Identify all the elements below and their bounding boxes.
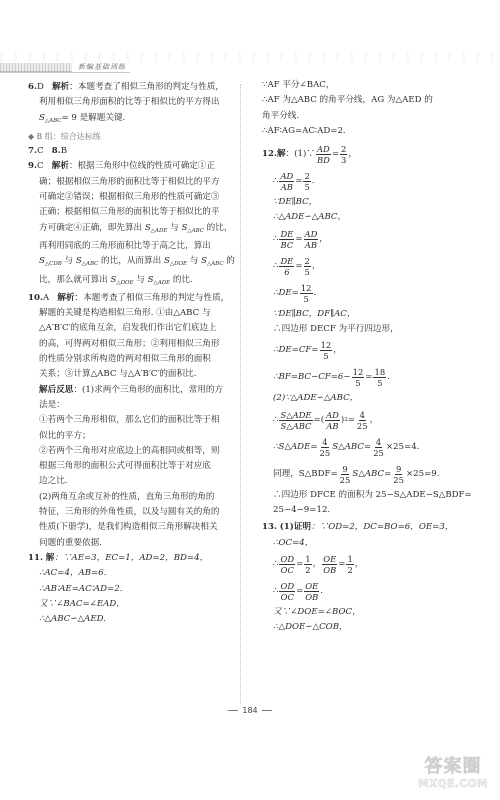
answer-q6: 6.D 解析：本题考查了相似三角形的判定与性质， 利用相似三角形面积的比等于相似… bbox=[28, 80, 238, 129]
q12-step-4: ∴△ADE∽△ABC， bbox=[262, 210, 472, 225]
fraction: 425 bbox=[372, 437, 385, 458]
q12-step-11: ∴BF=BC−CF=6− 125 = 185 . bbox=[262, 364, 472, 391]
q12-part2-intro: (2)∵△ADE∽△ABC， bbox=[262, 391, 472, 406]
fraction: 12 bbox=[346, 554, 353, 575]
fraction: 925 bbox=[392, 464, 405, 485]
series-title: 新编基础训练 bbox=[78, 62, 126, 72]
q12-part2-ratio: ∴ S△ADES△ABC =( ADAB )2= 425 ， bbox=[262, 407, 472, 434]
q12-step-6: ∴ DE6 = 25 ， bbox=[262, 253, 472, 280]
fraction: 185 bbox=[373, 367, 386, 388]
fraction: ODOC bbox=[279, 581, 295, 602]
fraction: ADBD bbox=[316, 144, 331, 165]
fraction: 12 bbox=[304, 554, 311, 575]
answer-q9: 9.C 解析：根据三角形中位线的性质可确定①正 确；根据相似三角形的面积比等于相… bbox=[28, 159, 238, 290]
q12-step-7: ∴DE= 125 . bbox=[262, 280, 472, 307]
watermark-logo: 答案圈 MXQE.COM bbox=[410, 752, 496, 796]
dash-right bbox=[262, 710, 272, 711]
q13-ratio-2: ∴ ODOC = OEOB . bbox=[262, 578, 472, 605]
q13-ratio-1: ∴ ODOC = 12 ， OEOB = 12 ， bbox=[262, 551, 472, 578]
fraction: 425 bbox=[319, 437, 332, 458]
answer-q11: 11. 解：∵AE=3，EC=1，AD=2，BD=4， ∴AC=4，AB=6. … bbox=[28, 551, 238, 627]
answer-q7-q8: 7.C 8.B bbox=[28, 144, 238, 159]
fraction: DEBC bbox=[279, 229, 294, 250]
fraction: DE6 bbox=[279, 256, 294, 277]
q12-step-2: ∴ ADAB = 25 . bbox=[262, 168, 472, 195]
q12-step-3: ∵DE∥BC， bbox=[262, 195, 472, 210]
q12-step-9: ∴四边形 DECF 为平行四边形， bbox=[262, 322, 472, 337]
header-rule bbox=[0, 72, 130, 73]
answer-q12: 12. 解：(1)∵ ADBD = 23 ， ∴ ADAB = 25 . ∵DE… bbox=[262, 141, 472, 518]
page-header: 新编基础训练 bbox=[0, 62, 130, 72]
section-heading-b: ◆ B 组：综合达标练 bbox=[28, 129, 238, 144]
fraction: ADAB bbox=[304, 229, 319, 250]
answer-q13: 13. (1)证明：∵OD=2，DC=BO=6，OE=3， ∴OC=4， ∴ O… bbox=[262, 520, 472, 635]
q12-part2-bdf-area: 同理，S△BDF= 925 S△ABC= 925 ×25=9. bbox=[262, 461, 472, 488]
fraction: 23 bbox=[340, 144, 347, 165]
fraction: 425 bbox=[356, 410, 369, 431]
answer-q11-continued: ∵AF 平分∠BAC， ∴AF 为△ABC 的角平分线，AG 为△AED 的 角… bbox=[262, 78, 472, 139]
right-column: ∵AF 平分∠BAC， ∴AF 为△ABC 的角平分线，AG 为△AED 的 角… bbox=[262, 78, 472, 635]
left-column: 6.D 解析：本题考查了相似三角形的判定与性质， 利用相似三角形面积的比等于相似… bbox=[28, 80, 238, 627]
q12-step-8: ∵DE∥BC，DF∥AC， bbox=[262, 307, 472, 322]
fraction: 925 bbox=[339, 464, 352, 485]
fraction: 25 bbox=[303, 171, 310, 192]
column-divider bbox=[240, 84, 241, 704]
q12-step-10: ∴DE=CF= 125 ， bbox=[262, 337, 472, 364]
fraction: 125 bbox=[300, 283, 313, 304]
fraction: S△ADES△ABC bbox=[279, 410, 312, 431]
dash-left bbox=[228, 710, 238, 711]
header-pattern bbox=[0, 63, 72, 72]
scan-noise bbox=[0, 52, 500, 62]
fraction: ODOC bbox=[279, 554, 295, 575]
fraction: OEOB bbox=[304, 581, 319, 602]
fraction: 25 bbox=[304, 256, 311, 277]
q12-part2-ade-area: ∴S△ADE= 425 S△ABC= 425 ×25=4. bbox=[262, 434, 472, 461]
page-number: 184 bbox=[0, 706, 500, 715]
q12-part2-quad-1: ∴四边形 DFCE 的面积为 25−S△ADE−S△BDF= bbox=[262, 488, 472, 503]
fraction: OEOB bbox=[322, 554, 337, 575]
q12-part2-quad-2: 25−4−9=12. bbox=[262, 503, 472, 518]
fraction: 125 bbox=[352, 367, 365, 388]
q12-step-5: ∴ DEBC = ADAB ， bbox=[262, 226, 472, 253]
fraction: ADAB bbox=[325, 410, 340, 431]
fraction: ADAB bbox=[279, 171, 294, 192]
fraction: 125 bbox=[320, 340, 333, 361]
q12-step-1: 12. 解：(1)∵ ADBD = 23 ， bbox=[262, 141, 472, 168]
answer-q10: 10.A 解析：本题考查了相似三角形的判定与性质， 解题的关键是构造相似三角形.… bbox=[28, 291, 238, 551]
